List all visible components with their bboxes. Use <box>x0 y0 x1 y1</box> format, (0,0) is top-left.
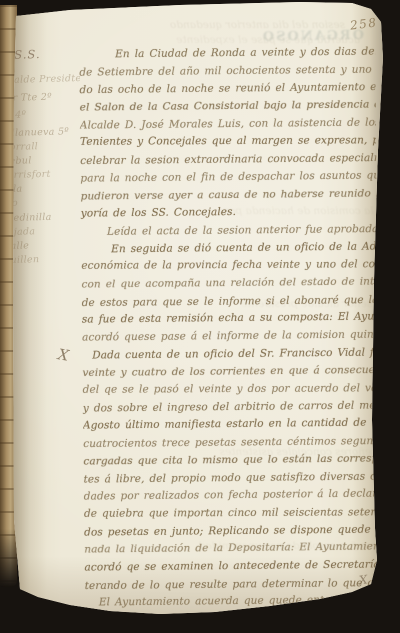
manuscript-line: dades por realizados con fecha posterior… <box>84 488 380 509</box>
manuscript-line: de quiebra que importan cinco mil seisci… <box>84 506 380 525</box>
manuscript-line: del qe se le pasó el veinte y dos por ac… <box>83 382 379 401</box>
manuscript-line: El Ayuntamiento acuerda que quede entera… <box>85 594 381 615</box>
manuscript-page: sesion del dia anterior quedandoacuerda … <box>0 0 400 633</box>
manuscript-body-text: En la Ciudad de Ronda a veinte y dos dia… <box>79 45 381 614</box>
margin-x-mark: X <box>57 345 71 365</box>
manuscript-line: Tenientes y Concejales que al margen se … <box>80 135 376 154</box>
photo-background: sesion del dia anterior quedandoacuerda … <box>0 0 400 633</box>
margin-header: S.S. <box>14 46 81 62</box>
manuscript-line: económica de la provincia fecha veinte y… <box>81 258 377 277</box>
attendee-name: Guillen <box>3 253 85 269</box>
stamp-bleedthrough: ORGANOSO <box>252 28 364 45</box>
